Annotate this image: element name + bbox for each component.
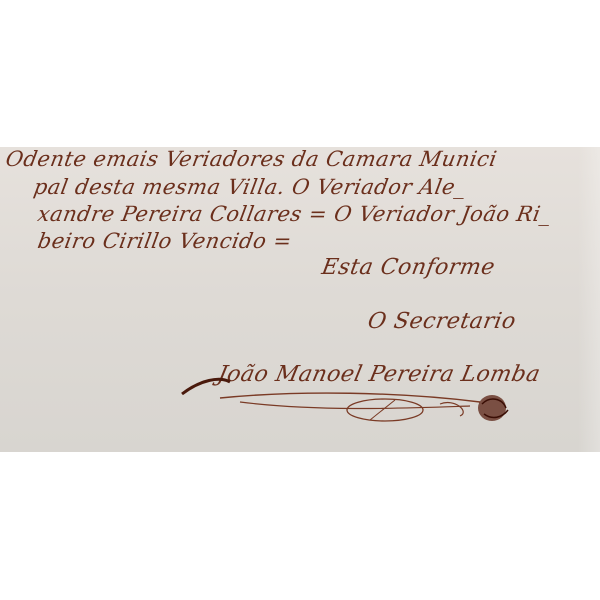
manuscript-line-1: Odente emais Veriadores da Camara Munici: [4, 147, 499, 171]
secretary-title: O Secretario: [366, 309, 518, 334]
manuscript-line-3: xandre Pereira Collares = O Veriador Joã…: [36, 202, 554, 226]
signature-flourish-icon: [180, 372, 510, 432]
manuscript-line-2: pal desta mesma Villa. O Veriador Ale_: [32, 175, 468, 199]
rubric-mark: [478, 395, 508, 421]
manuscript-line-4: beiro Cirillo Vencido =: [36, 229, 294, 253]
closing-text: Esta Conforme: [320, 255, 497, 280]
document-photo: Odente emais Veriadores da Camara Munici…: [0, 147, 600, 452]
